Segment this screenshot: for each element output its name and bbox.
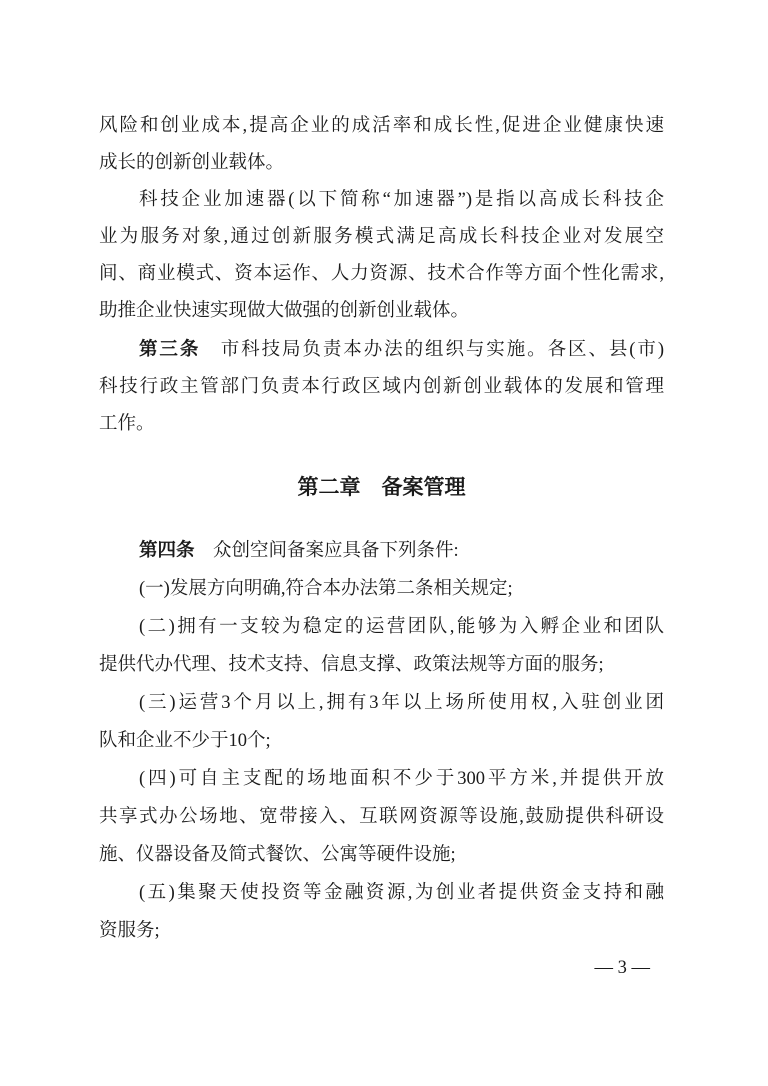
document-content: 风险和创业成本,提高企业的成活率和成长性,促进企业健康快速 成长的创新创业载体。… [99,0,664,987]
paragraph-text: 市科技局负责本办法的组织与实施。各区、县(市) [200,340,664,360]
paragraph-line: 科技企业加速器(以下简称“加速器”)是指以高成长科技企 [99,182,664,219]
paragraph-line: (三)运营3个月以上,拥有3年以上场所使用权,入驻创业团 [99,684,664,722]
paragraph-text: 众创空间备案应具备下列条件: [195,541,459,561]
paragraph-line: (五)集聚天使投资等金融资源,为创业者提供资金支持和融 [99,874,664,912]
paragraph-line: 第四条 众创空间备案应具备下列条件: [99,531,664,570]
paragraph-line: 施、仪器设备及简式餐饮、公寓等硬件设施; [99,836,664,874]
paragraph-line: 工作。 [99,406,664,443]
paragraph-line: 提供代办代理、技术支持、信息支撑、政策法规等方面的服务; [99,646,664,684]
paragraph-line: 助推企业快速实现做大做强的创新创业载体。 [99,293,664,330]
paragraph-line: 科技行政主管部门负责本行政区域内创新创业载体的发展和管理 [99,369,664,406]
paragraph-line: (一)发展方向明确,符合本办法第二条相关规定; [99,570,664,608]
paragraph-line: 业为服务对象,通过创新服务模式满足高成长科技企业对发展空 [99,219,664,256]
paragraph-line: 成长的创新创业载体。 [99,145,664,182]
paragraph-line: 间、商业模式、资本运作、人力资源、技术合作等方面个性化需求, [99,256,664,293]
paragraph-line: 共享式办公场地、宽带接入、互联网资源等设施,鼓励提供科研设 [99,798,664,836]
paragraph-line: (二)拥有一支较为稳定的运营团队,能够为入孵企业和团队 [99,608,664,646]
chapter-heading: 第二章 备案管理 [99,469,664,506]
paragraph-line: 风险和创业成本,提高企业的成活率和成长性,促进企业健康快速 [99,108,664,145]
paragraph-line: 资服务; [99,912,664,950]
section-upper: 风险和创业成本,提高企业的成活率和成长性,促进企业健康快速 成长的创新创业载体。… [99,108,664,443]
page-number: — 3 — [99,950,664,987]
article-label-4: 第四条 [139,539,195,560]
article-label-3: 第三条 [139,338,200,359]
page: 风险和创业成本,提高企业的成活率和成长性,促进企业健康快速 成长的创新创业载体。… [0,0,768,1086]
paragraph-line: 第三条 市科技局负责本办法的组织与实施。各区、县(市) [99,330,664,369]
section-lower: 第四条 众创空间备案应具备下列条件: (一)发展方向明确,符合本办法第二条相关规… [99,531,664,950]
paragraph-line: (四)可自主支配的场地面积不少于300平方米,并提供开放 [99,760,664,798]
paragraph-line: 队和企业不少于10个; [99,722,664,760]
